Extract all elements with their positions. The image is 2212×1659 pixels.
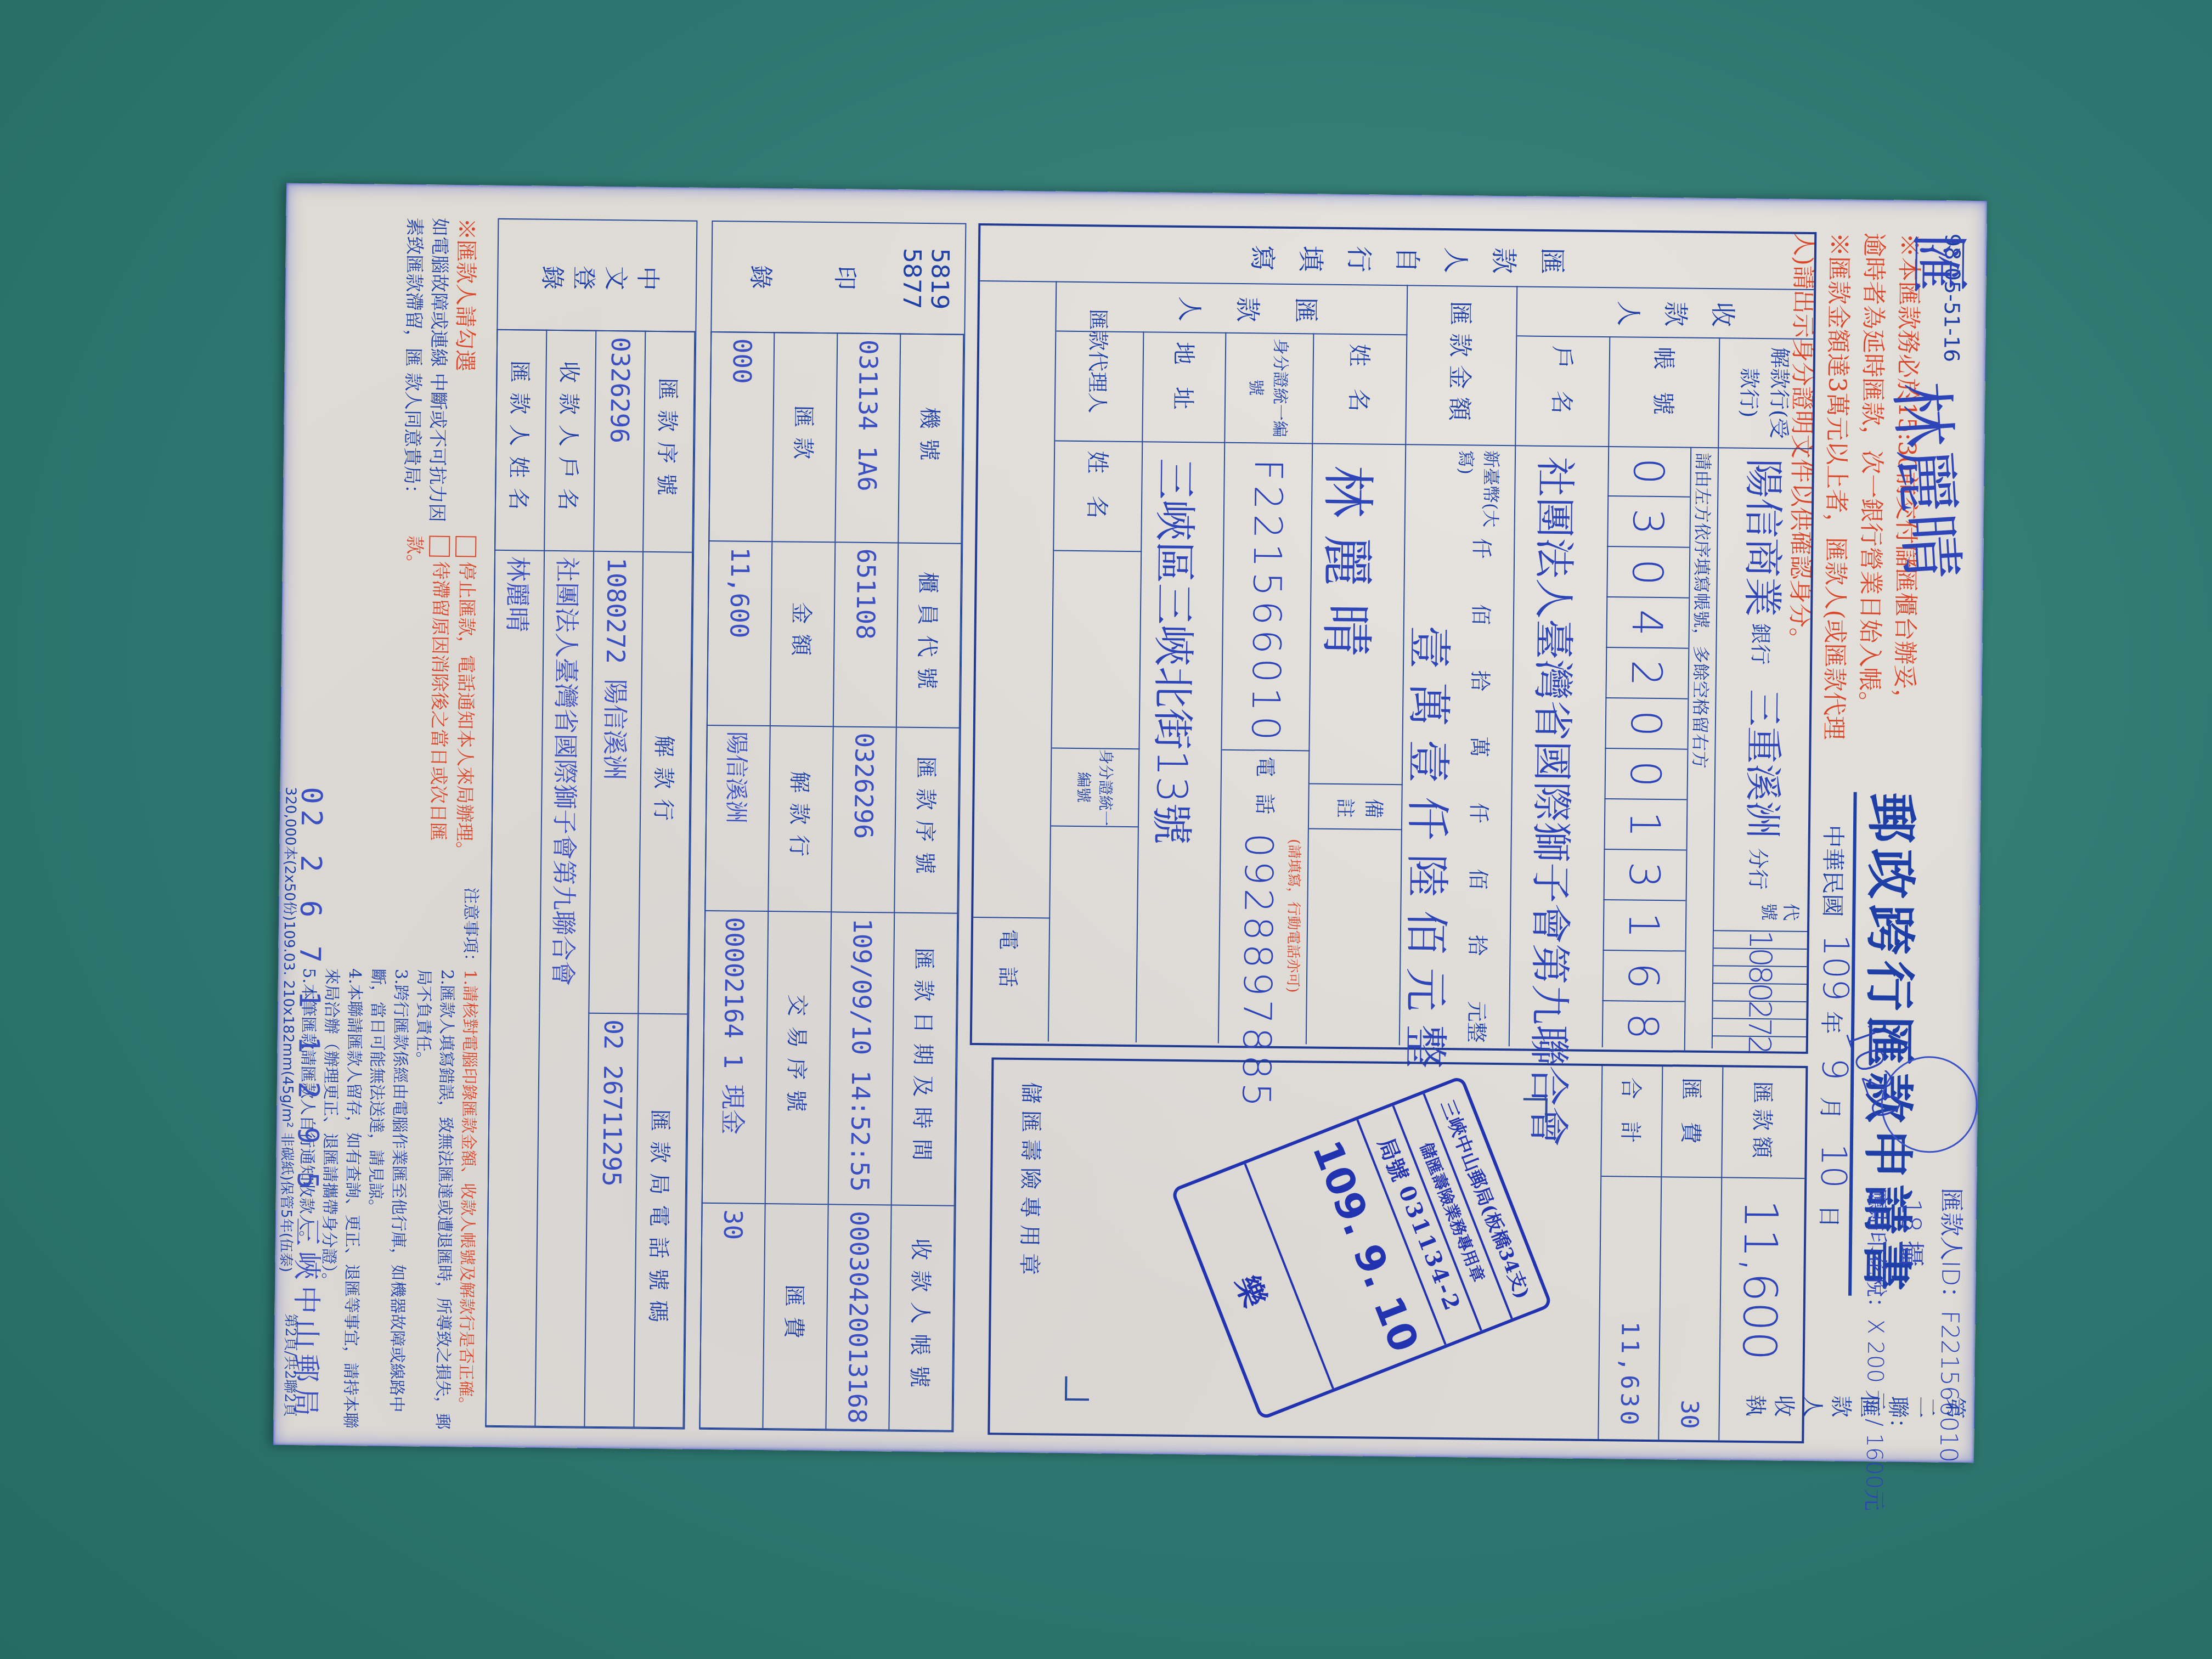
code-digit: 2	[1713, 1000, 1806, 1019]
account-digit: 8	[1602, 1001, 1685, 1052]
fee-bracket-label: 儲匯壽險專用章	[1015, 1082, 1048, 1282]
payee-bank-value[interactable]: 陽信商業	[1737, 459, 1796, 617]
unit-label: 仟	[1468, 538, 1498, 559]
fee-amount-label: 匯款額	[1722, 1067, 1805, 1179]
remarks-cell[interactable]: 備註	[1307, 783, 1403, 1046]
note-item: 1.請核對電腦印錄匯款金額、收款人帳號及解款行是否正確。	[453, 969, 481, 1436]
chinese-record-table: 匯款序號 解款行 匯款局電話號碼 0326296 1080272 陽信溪洲 02…	[485, 329, 695, 1429]
amount-units: 仟 佰 拾 萬 仟 佰 拾 元整	[1463, 538, 1499, 1043]
account-digit: 0	[1606, 547, 1689, 599]
account-digit: 3	[1604, 850, 1686, 901]
col-header: 收款人帳號	[889, 1205, 954, 1431]
cell-recipient-name: 社團法人臺灣省國際獅子會第九聯合會	[535, 551, 594, 1427]
bank-code-label: 代號	[1758, 903, 1802, 926]
code-digit: 7	[1713, 1018, 1806, 1036]
date-year: 109	[1815, 934, 1856, 1001]
stranded-option-wait[interactable]: 待滯留原因消除後之當日或次日匯款。	[398, 535, 454, 876]
account-digit: 1	[1603, 900, 1686, 952]
remitter-id-label: 身分證統一編號	[1225, 332, 1314, 444]
stranded-title: ※匯款人請勾選	[449, 218, 484, 526]
bracket-corner	[1523, 1098, 1547, 1122]
intro-line: 素致匯款滯留，匯	[402, 217, 426, 366]
fee-value: 30	[1675, 1400, 1703, 1429]
fee-total-label: 合計	[1601, 1066, 1663, 1177]
account-digit: 0	[1607, 446, 1690, 498]
fee-total-value: 11,630	[1615, 1321, 1644, 1428]
cell-fee: 30	[699, 1203, 765, 1429]
stranded-intro: 如電腦故障或連線 中斷或不可抗力因 素致匯款滯留，匯 款人同意貴局：	[399, 217, 453, 525]
recipient-label: 收款人	[1517, 286, 1814, 340]
cell-office-phone: 02 26711295	[584, 1013, 638, 1427]
payee-bank-row: 解款行(受款行) 陽信商業 銀行 三重溪洲 分行 代號 1 0 8 0 2 7 …	[1712, 337, 1814, 1049]
bank-suffix: 銀行	[1747, 623, 1778, 665]
remitter-name-value[interactable]: 林麗晴	[1312, 465, 1390, 673]
col-header: 匯款局電話號碼	[634, 1014, 687, 1428]
fee-amount-value: 11,600	[1733, 1199, 1788, 1361]
col-header: 匯款	[772, 332, 837, 542]
branch-suffix: 分行	[1745, 848, 1775, 890]
unit-label: 佰	[1468, 604, 1498, 625]
remitter-section: 匯款人 姓名 林麗晴 備註 身分證統一編號 F221566010 電話 (請填寫…	[1048, 281, 1408, 1046]
account-instruction: 請由左方依序填寫帳號，多餘空格留右方	[1688, 453, 1717, 769]
print-record: 5819 5877 印 錄 機號 櫃員代號 匯款序號 匯款日期及時間 收款人帳號…	[699, 221, 966, 1432]
col-header: 櫃員代號	[896, 543, 962, 727]
cell-machine-no: 031134 1A6	[835, 333, 900, 543]
row-label: 收款人戶名	[544, 330, 596, 551]
remarks-label: 備註	[1309, 784, 1403, 830]
cell-remit-serial: 0326296	[594, 331, 645, 552]
remitter-id-value[interactable]: F221566010	[1243, 459, 1291, 745]
print-record-label: 5819 5877 印 錄	[712, 222, 965, 335]
cell-payee-account: 00030420013168	[826, 1205, 891, 1430]
notice-line: 逾時者為延時匯款，次一銀行營業日始入帳。	[1850, 233, 1891, 782]
handwritten-mark: 匯	[1899, 233, 1987, 295]
agent-phone-label: 電話	[995, 929, 1025, 1004]
notice-line: ※匯款金額達3萬元以上者，匯款人(或匯款代理	[1815, 232, 1856, 781]
remitter-address-value[interactable]: 三峽區三峽北街13號	[1145, 458, 1209, 845]
col-header: 匯款日期及時間	[891, 913, 958, 1206]
intro-line: 中斷或不可抗力因	[426, 373, 449, 522]
remitter-phone-label: 電話	[1251, 756, 1282, 831]
code-digit: 2	[1713, 1035, 1806, 1054]
account-name-row: 戶名 社團法人臺灣省國際獅子會第九聯合會	[1510, 335, 1611, 1047]
amount-note: 18 攝	[1894, 1199, 1933, 1267]
bank-code-boxes[interactable]: 1 0 8 0 2 7 2	[1713, 930, 1807, 1054]
remitter-address-label: 地址	[1143, 331, 1226, 443]
cell-remit-serial: 0326296	[831, 726, 896, 913]
account-name-label: 戶名	[1516, 335, 1610, 447]
remitter-name-label: 姓名	[1313, 333, 1407, 445]
unit-label: 仟	[1465, 803, 1496, 824]
payee-branch-value[interactable]: 三重溪洲	[1739, 689, 1793, 839]
agent-label: 匯款代理人	[1055, 281, 1144, 443]
account-digit: 3	[1607, 496, 1690, 548]
agent-phone-cell[interactable]: 電話	[972, 917, 1050, 1042]
main-form-frame: 匯款人自行填寫 收款人 解款行(受款行) 陽信商業 銀行 三重溪洲 分行 代號 …	[970, 223, 1817, 1054]
account-name-value[interactable]: 社團法人臺灣省國際獅子會第九聯合會	[1522, 456, 1587, 1147]
col-header: 匯款序號	[894, 727, 960, 913]
date-year-unit: 年	[1818, 1011, 1844, 1035]
agent-id-label: 身分證統一編號	[1051, 747, 1139, 827]
row-label: 匯款人姓名	[495, 330, 546, 551]
code-digit: 0	[1713, 983, 1807, 1001]
option-label: 待滯留原因消除後之當日或次日匯款。	[403, 535, 452, 841]
chinese-record: 中文登錄 匯款序號 解款行 匯款局電話號碼 0326296 1080272 陽信…	[485, 218, 697, 1430]
account-digit-boxes[interactable]: 0 3 0 4 2 0 0 1 3 1 6 8	[1602, 446, 1692, 1052]
code-digit: 0	[1713, 947, 1807, 966]
stranded-option-list: 停止匯款，電話通知本人來局辦理。 待滯留原因消除後之當日或次日匯款。	[398, 535, 480, 876]
unit-label: 拾	[1464, 935, 1494, 956]
recipient-section: 收款人 解款行(受款行) 陽信商業 銀行 三重溪洲 分行 代號 1 0 8 0 …	[1509, 286, 1814, 1049]
remitter-phone-cell: 電話 (請填寫，行動電話亦可) 0928897885	[1219, 749, 1310, 1046]
note-item: 3.跨行匯款係經由電腦作業匯至他行庫，如機器故障或線路中斷，當日可能無法送達，請…	[361, 968, 412, 1435]
cell-amount: 11,600	[707, 541, 772, 726]
print-label-line: 錄	[744, 222, 781, 332]
account-digit: 6	[1602, 951, 1685, 1002]
cell-txn-serial: 00002164 1 現金	[702, 911, 769, 1204]
post-office-stamp: 三峽中山郵局(板橋34支) 儲匯壽險業務專用章 局號 031134-2 109.…	[1170, 1075, 1553, 1421]
cell-amount-prefix: 000	[709, 332, 774, 541]
checkbox[interactable]	[429, 536, 450, 557]
remitter-id-row: 身分證統一編號 F221566010 電話 (請填寫，行動電話亦可) 09288…	[1218, 332, 1314, 1045]
print-label-line: 5819	[925, 224, 954, 334]
chinese-record-label: 中文登錄	[498, 219, 696, 332]
col-header: 匯費	[763, 1204, 828, 1429]
fee-row-fee: 匯費 30	[1658, 1066, 1723, 1440]
form-date: 中華民國 109年 9月 10日	[1812, 825, 1857, 1228]
remittance-form: 98-05-51-16 ※本匯款務必於15:30前交付儲匯櫃台辦妥， 逾時者為延…	[273, 183, 1987, 1463]
phone-hint: (請填寫，行動電話亦可)	[1284, 839, 1306, 993]
stamp-fee-note: 應貼印花稅：X 200 元 / 1600元	[1860, 1187, 1894, 1511]
unit-label: 拾	[1467, 670, 1497, 692]
self-fill-label: 匯款人自行填寫	[980, 225, 1814, 290]
remitter-address-row: 地址 三峽區三峽北街13號	[1136, 331, 1227, 1043]
date-month: 9	[1814, 1058, 1854, 1080]
fee-label: 匯費	[1662, 1066, 1723, 1178]
agent-id-input[interactable]	[1049, 824, 1139, 1042]
col-header: 解款行	[768, 726, 833, 912]
account-digit: 0	[1604, 749, 1687, 800]
bracket-corner	[1065, 1376, 1089, 1401]
print-label-line: 5877	[897, 224, 926, 334]
unit-label: 元整	[1463, 1001, 1494, 1043]
fees-box: 匯款額 11,600 匯費 30 合計 11,630 儲匯壽險專用章 三峽中山郵…	[988, 1057, 1808, 1443]
stranded-option-stop[interactable]: 停止匯款，電話通知本人來局辦理。	[450, 536, 480, 876]
unit-label: 佰	[1465, 868, 1495, 890]
col-header: 機號	[898, 334, 963, 544]
account-label: 帳號	[1609, 336, 1720, 448]
stranded-options: ※匯款人請勾選 如電腦故障或連線 中斷或不可抗力因 素致匯款滯留，匯 款人同意貴…	[399, 217, 484, 526]
amount-currency: 新臺幣(大寫)	[1454, 450, 1505, 533]
option-label: 停止匯款，電話通知本人來局辦理。	[453, 561, 478, 860]
cell-teller-code: 651108	[833, 542, 899, 727]
account-digit: 4	[1606, 597, 1689, 649]
cell-payee-bank: 1080272 陽信溪洲	[589, 551, 643, 1014]
fee-row-amount: 匯款額 11,600	[1718, 1067, 1805, 1441]
intro-line: 款人同意貴局：	[400, 373, 424, 503]
note-item: 2.匯款人填寫錯誤，致無法匯達或遭退匯時，所導致之損失，郵局不負責任。	[407, 969, 458, 1436]
col-header: 交易序號	[765, 911, 832, 1204]
col-header: 解款行	[638, 552, 692, 1014]
date-day: 10	[1813, 1143, 1854, 1188]
payee-bank-label: 解款行(受款行)	[1719, 337, 1813, 449]
fee-row-total: 合計 11,630	[1598, 1066, 1663, 1440]
page-label: 第2頁/共2聯2頁	[281, 1313, 302, 1417]
intro-line: 如電腦故障或連線	[427, 218, 451, 367]
agent-row: 匯款代理人 姓名 身分證統一編號	[1049, 281, 1145, 1043]
amount-handwritten[interactable]: 壹萬壹仟陸佰元整	[1397, 625, 1465, 1082]
date-month-unit: 月	[1816, 1097, 1843, 1120]
print-label-line: 印	[829, 223, 865, 333]
unit-label: 萬	[1466, 736, 1496, 758]
date-prefix: 中華民國	[1819, 825, 1847, 917]
amount-label: 匯款金額	[1406, 285, 1517, 446]
stamp-clerk: 樂	[1172, 1164, 1334, 1417]
col-header: 匯款序號	[643, 331, 695, 552]
date-day-unit: 日	[1815, 1205, 1842, 1228]
amount-section: 匯款金額 新臺幣(大寫) 仟 佰 拾 萬 仟 佰 拾 元整 壹萬壹仟陸佰元整	[1399, 285, 1518, 1046]
account-digit: 2	[1605, 648, 1688, 699]
cell-remit-datetime: 109/09/10 14:52:55	[828, 912, 895, 1205]
handwritten-name: 林麗晴	[1878, 379, 1984, 582]
col-header: 金額	[770, 541, 836, 726]
code-digit: 1	[1714, 930, 1807, 949]
agent-name-input[interactable]	[1052, 550, 1142, 749]
account-digit: 0	[1605, 698, 1688, 750]
cell-remitter-name: 林麗晴	[486, 550, 544, 1426]
print-record-table: 機號 櫃員代號 匯款序號 匯款日期及時間 收款人帳號 031134 1A6 65…	[699, 331, 964, 1431]
agent-name-label: 姓名	[1054, 441, 1143, 552]
cell-payee-bank: 陽信溪洲	[705, 725, 770, 911]
code-digit: 8	[1713, 965, 1807, 984]
remitter-name-row: 姓名 林麗晴 備註	[1306, 333, 1408, 1045]
account-digit: 1	[1604, 799, 1687, 851]
checkbox[interactable]	[455, 536, 476, 557]
account-row: 帳號 請由左方依序填寫帳號，多餘空格留右方 0 3 0 4 2 0 0 1 3 …	[1602, 336, 1720, 1048]
